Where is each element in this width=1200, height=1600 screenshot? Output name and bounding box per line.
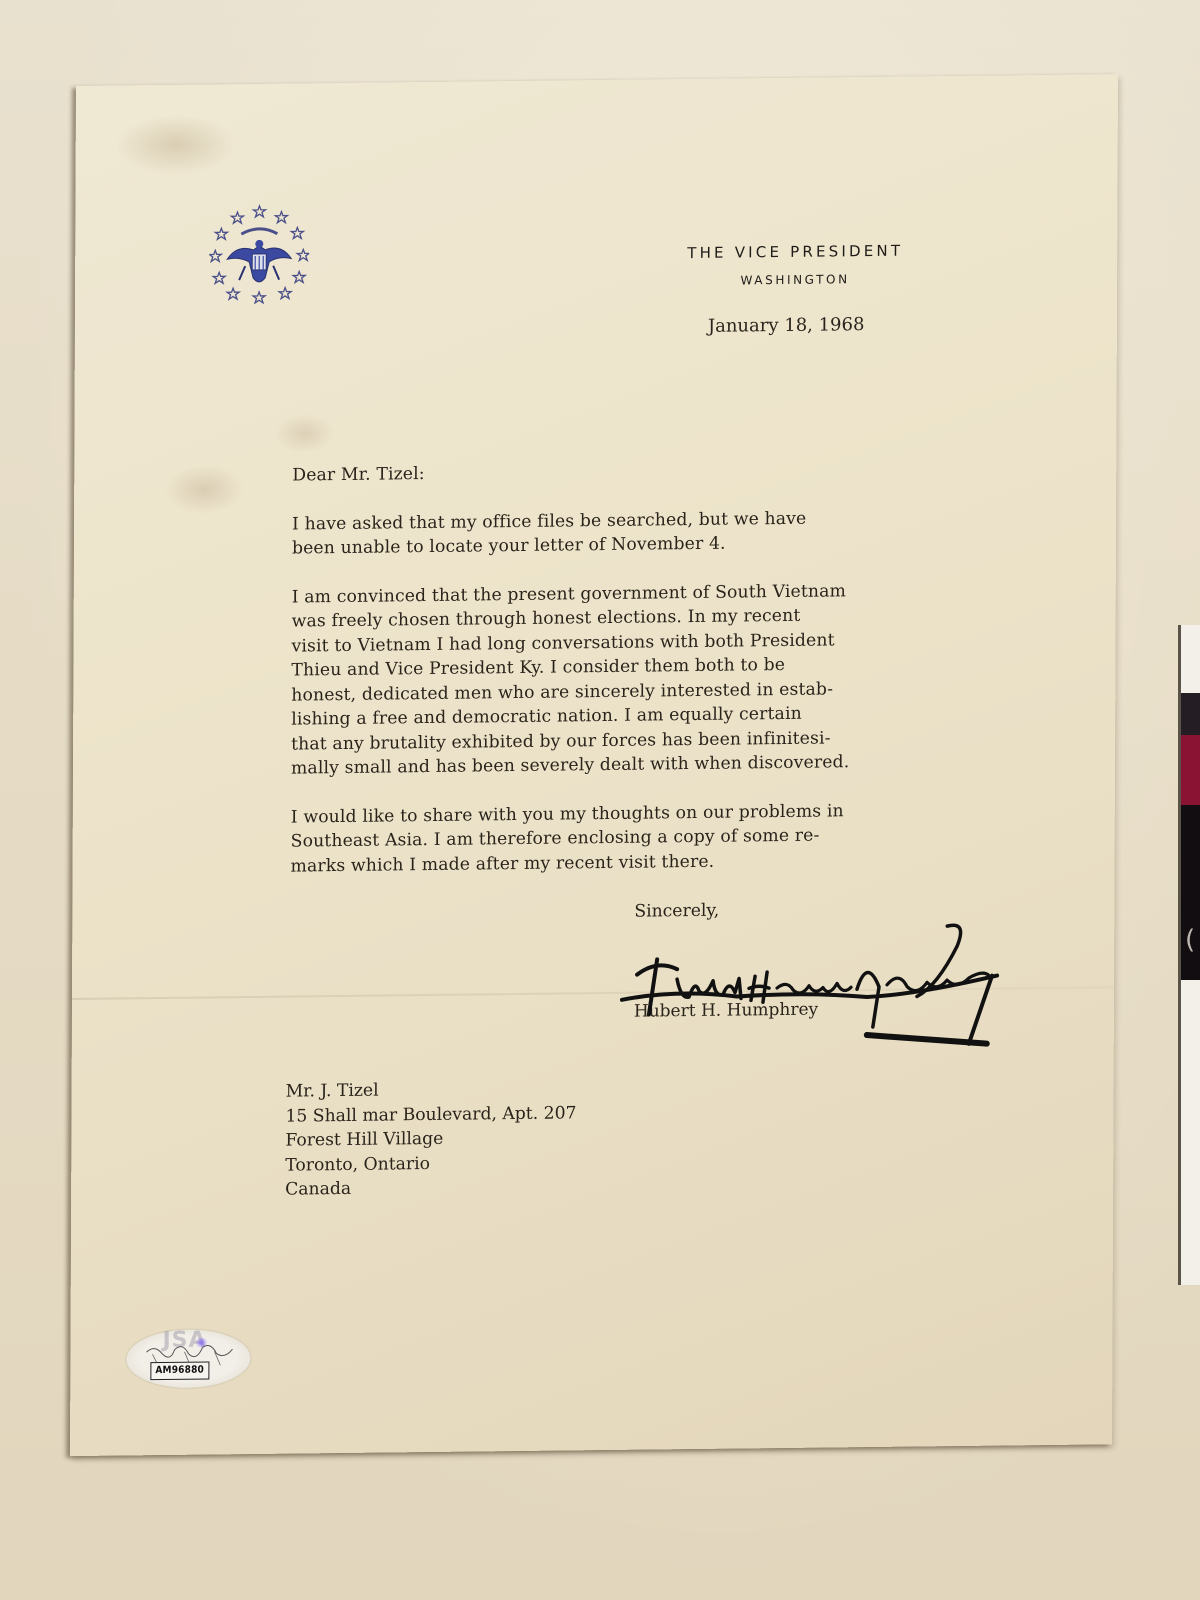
handwritten-signature-icon	[617, 915, 1008, 1069]
address-line: Canada	[285, 1174, 576, 1202]
paragraph: I have asked that my office files be sea…	[292, 504, 992, 561]
letterhead: THE VICE PRESIDENT WASHINGTON	[635, 241, 955, 289]
letterhead-title: THE VICE PRESIDENT	[635, 241, 955, 263]
address-line: 15 Shall mar Boulevard, Apt. 207	[285, 1101, 576, 1129]
address-line: Toronto, Ontario	[285, 1150, 576, 1178]
address-line: Mr. J. Tizel	[286, 1076, 577, 1104]
recipient-address: Mr. J. Tizel 15 Shall mar Boulevard, Apt…	[285, 1076, 577, 1202]
salutation: Dear Mr. Tizel:	[292, 456, 992, 488]
paper-stain	[164, 464, 244, 515]
authentication-code: AM96880	[150, 1362, 209, 1381]
card-band-dark	[1181, 693, 1200, 735]
paper-stain	[116, 114, 236, 175]
adjacent-card-edge: (	[1178, 625, 1200, 1285]
authentication-sticker: JSA AM96880	[126, 1329, 250, 1388]
card-band-red	[1181, 735, 1200, 805]
address-line: Forest Hill Village	[285, 1125, 576, 1153]
vice-presidential-seal-icon	[209, 203, 309, 304]
card-glyph: (	[1185, 925, 1195, 955]
letter-body: Dear Mr. Tizel: I have asked that my off…	[290, 456, 992, 903]
letter-date: January 18, 1968	[708, 314, 865, 337]
paragraph: I would like to share with you my though…	[291, 797, 991, 878]
letter-sheet: THE VICE PRESIDENT WASHINGTON January 18…	[70, 74, 1118, 1456]
paragraph: I am convinced that the present governme…	[291, 577, 992, 781]
letterhead-subtitle: WASHINGTON	[635, 271, 955, 289]
paper-stain	[274, 413, 334, 454]
